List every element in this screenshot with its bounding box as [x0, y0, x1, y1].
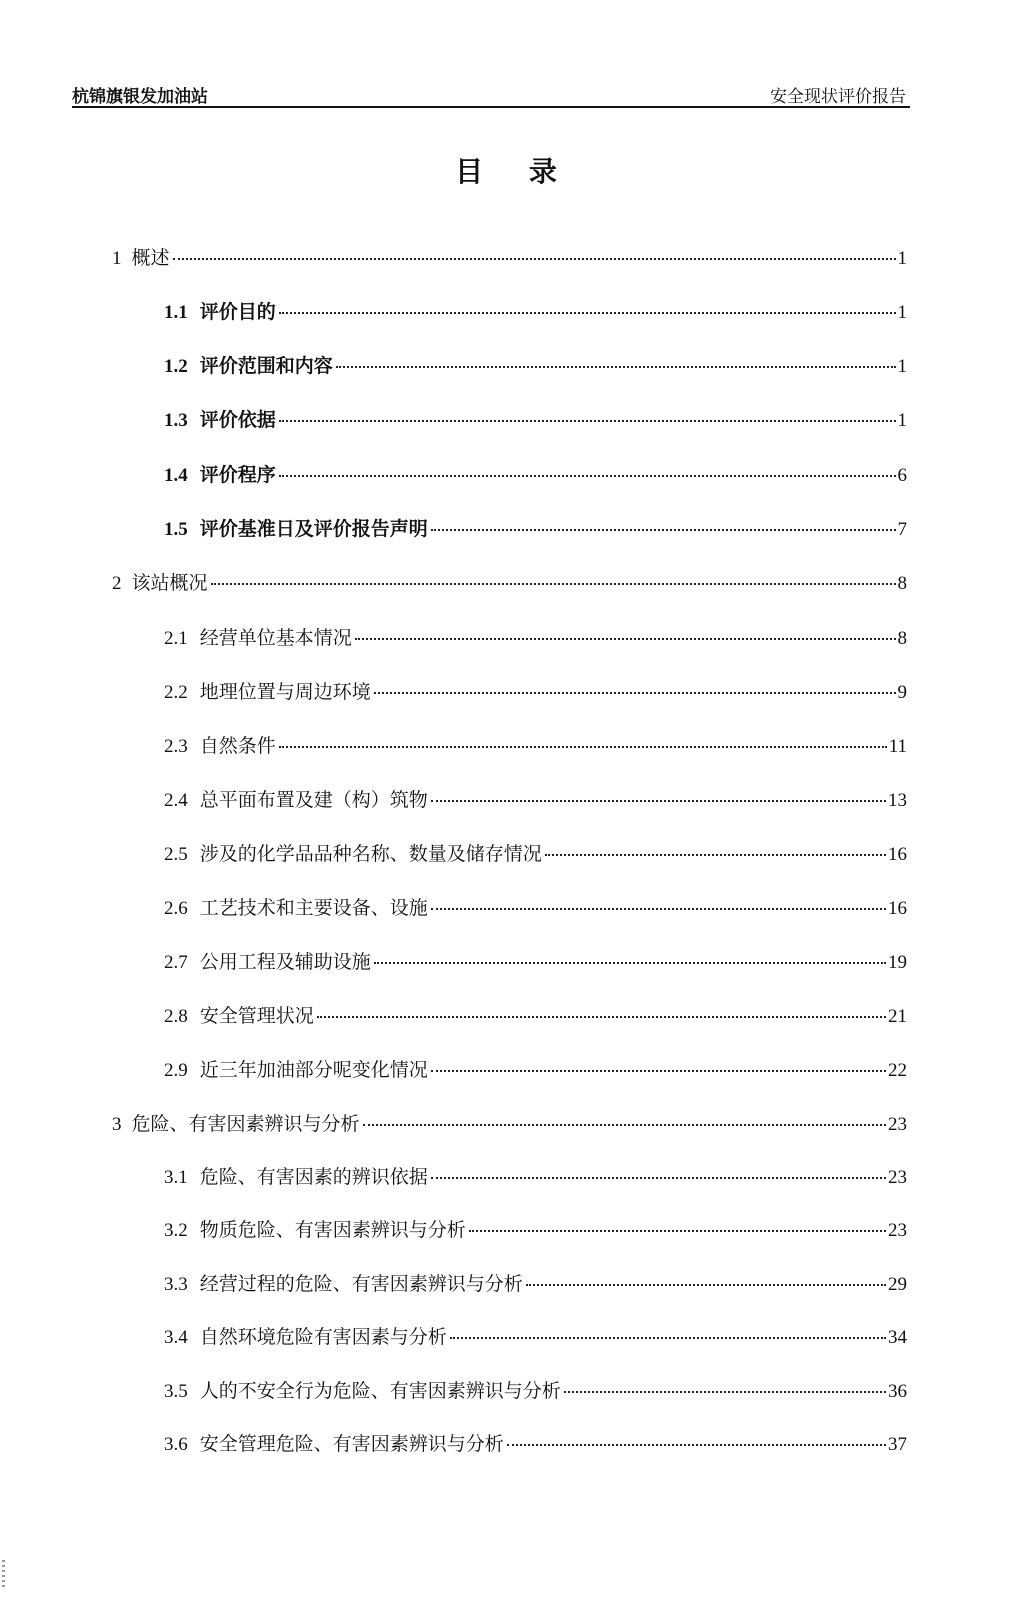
toc-section-title: 概述 [132, 243, 170, 270]
toc-section-number: 3.4 [164, 1327, 188, 1349]
toc-page-number: 23 [888, 1114, 907, 1136]
dot-leader [279, 420, 896, 422]
toc-entry-2-2[interactable]: 2.2 地理位置与周边环境 9 [164, 677, 907, 705]
toc-page-number: 13 [888, 790, 907, 812]
dot-leader [564, 1391, 886, 1393]
toc-page-number: 16 [888, 898, 907, 920]
toc-entry-1-1[interactable]: 1.1 评价目的 1 [164, 297, 907, 325]
toc-entry-3-6[interactable]: 3.6 安全管理危险、有害因素辨识与分析 37 [164, 1429, 907, 1457]
dot-leader [469, 1230, 886, 1232]
toc-section-number: 1.3 [164, 410, 188, 432]
toc-section-title: 总平面布置及建（构）筑物 [200, 785, 428, 812]
toc-section-number: 2.5 [164, 844, 188, 866]
toc-page-number: 1 [898, 248, 908, 270]
dot-leader [279, 475, 896, 477]
toc-page-number: 1 [898, 302, 908, 324]
toc-entry-2-9[interactable]: 2.9 近三年加油部分呢变化情况 22 [164, 1055, 907, 1083]
toc-page-number: 23 [888, 1220, 907, 1242]
toc-page-number: 22 [888, 1060, 907, 1082]
toc-page-number: 8 [898, 628, 908, 650]
toc-page-number: 6 [898, 465, 908, 487]
dot-leader [507, 1444, 886, 1446]
dot-leader [431, 1177, 886, 1179]
toc-page-number: 1 [898, 356, 908, 378]
toc-entry-3-1[interactable]: 3.1 危险、有害因素的辨识依据 23 [164, 1162, 907, 1190]
toc-section-title: 近三年加油部分呢变化情况 [200, 1055, 428, 1082]
toc-page-number: 9 [898, 682, 908, 704]
toc-page-number: 16 [888, 844, 907, 866]
toc-section-title: 危险、有害因素的辨识依据 [200, 1162, 428, 1189]
toc-section-title: 安全管理危险、有害因素辨识与分析 [200, 1429, 504, 1456]
toc-section-title: 评价目的 [200, 297, 276, 324]
toc-entry-1-2[interactable]: 1.2 评价范围和内容 1 [164, 351, 907, 379]
toc-section-number: 1.5 [164, 519, 188, 541]
header-divider [72, 106, 910, 108]
toc-entry-2-6[interactable]: 2.6 工艺技术和主要设备、设施 16 [164, 893, 907, 921]
toc-section-number: 1.1 [164, 302, 188, 324]
toc-section-number: 3.6 [164, 1434, 188, 1456]
toc-entry-2-7[interactable]: 2.7 公用工程及辅助设施 19 [164, 947, 907, 975]
toc-page-number: 19 [888, 952, 907, 974]
toc-section-number: 2 [112, 573, 122, 595]
toc-section-number: 2.1 [164, 628, 188, 650]
toc-section-number: 1.2 [164, 356, 188, 378]
toc-entry-2-8[interactable]: 2.8 安全管理状况 21 [164, 1001, 907, 1029]
toc-page-number: 34 [888, 1327, 907, 1349]
toc-section-number: 2.8 [164, 1006, 188, 1028]
toc-section-title: 经营过程的危险、有害因素辨识与分析 [200, 1269, 523, 1296]
toc-page-number: 23 [888, 1167, 907, 1189]
header-report-type: 安全现状评价报告 [770, 82, 906, 107]
dot-leader [211, 583, 896, 585]
toc-section-number: 2.2 [164, 682, 188, 704]
dot-leader [336, 366, 896, 368]
dot-leader [545, 854, 886, 856]
toc-page-number: 29 [888, 1274, 907, 1296]
toc-section-title: 工艺技术和主要设备、设施 [200, 893, 428, 920]
toc-entry-3-4[interactable]: 3.4 自然环境危险有害因素与分析 34 [164, 1322, 907, 1350]
dot-leader [374, 962, 886, 964]
toc-section-title: 公用工程及辅助设施 [200, 947, 371, 974]
dot-leader [279, 746, 887, 748]
toc-section-number: 1 [112, 248, 122, 270]
toc-page-number: 8 [898, 573, 908, 595]
toc-entry-2-4[interactable]: 2.4 总平面布置及建（构）筑物 13 [164, 785, 907, 813]
dot-leader [431, 908, 886, 910]
toc-section-title: 物质危险、有害因素辨识与分析 [200, 1215, 466, 1242]
toc-section-number: 2.3 [164, 736, 188, 758]
toc-section-title: 评价范围和内容 [200, 351, 333, 378]
toc-section-title: 评价基准日及评价报告声明 [200, 514, 428, 541]
toc-section-title: 该站概况 [132, 568, 208, 595]
toc-section-title: 自然环境危险有害因素与分析 [200, 1322, 447, 1349]
toc-section-title: 自然条件 [200, 731, 276, 758]
dot-leader [355, 638, 896, 640]
toc-section-number: 3 [112, 1114, 122, 1136]
toc-page-number: 21 [888, 1006, 907, 1028]
toc-section-title: 评价依据 [200, 405, 276, 432]
toc-entry-1[interactable]: 1 概述 1 [112, 243, 907, 271]
toc-entry-1-5[interactable]: 1.5 评价基准日及评价报告声明 7 [164, 514, 907, 542]
toc-section-title: 人的不安全行为危险、有害因素辨识与分析 [200, 1376, 561, 1403]
dot-leader [526, 1284, 886, 1286]
dot-leader [317, 1016, 886, 1018]
page-header: 杭锦旗银发加油站 安全现状评价报告 [72, 82, 910, 106]
toc-section-title: 评价程序 [200, 460, 276, 487]
toc-entry-2-1[interactable]: 2.1 经营单位基本情况 8 [164, 623, 907, 651]
toc-entry-3-2[interactable]: 3.2 物质危险、有害因素辨识与分析 23 [164, 1215, 907, 1243]
toc-section-number: 3.2 [164, 1220, 188, 1242]
dot-leader [450, 1337, 886, 1339]
toc-section-title: 安全管理状况 [200, 1001, 314, 1028]
toc-entry-3-5[interactable]: 3.5 人的不安全行为危险、有害因素辨识与分析 36 [164, 1376, 907, 1404]
toc-section-title: 地理位置与周边环境 [200, 677, 371, 704]
toc-section-title: 涉及的化学品品种名称、数量及储存情况 [200, 839, 542, 866]
toc-entry-1-3[interactable]: 1.3 评价依据 1 [164, 405, 907, 433]
scan-artifact [2, 1560, 5, 1590]
toc-section-number: 2.4 [164, 790, 188, 812]
toc-section-number: 3.1 [164, 1167, 188, 1189]
toc-section-number: 2.7 [164, 952, 188, 974]
dot-leader [374, 692, 896, 694]
toc-entry-3-3[interactable]: 3.3 经营过程的危险、有害因素辨识与分析 29 [164, 1269, 907, 1297]
toc-section-number: 3.5 [164, 1381, 188, 1403]
toc-title: 目 录 [0, 150, 1030, 190]
toc-section-title: 经营单位基本情况 [200, 623, 352, 650]
dot-leader [279, 312, 896, 314]
toc-entry-2-3[interactable]: 2.3 自然条件 11 [164, 731, 907, 759]
toc-entry-2[interactable]: 2 该站概况 8 [112, 568, 907, 596]
toc-entry-3[interactable]: 3 危险、有害因素辨识与分析 23 [112, 1109, 907, 1137]
dot-leader [431, 1070, 886, 1072]
toc-section-number: 2.9 [164, 1060, 188, 1082]
toc-page-number: 7 [898, 519, 908, 541]
dot-leader [363, 1124, 886, 1126]
toc-section-number: 3.3 [164, 1274, 188, 1296]
toc-page-number: 11 [889, 736, 907, 758]
toc-page-number: 1 [898, 410, 908, 432]
header-organization: 杭锦旗银发加油站 [72, 82, 208, 107]
toc-section-number: 1.4 [164, 465, 188, 487]
toc-page-number: 36 [888, 1381, 907, 1403]
toc-entry-1-4[interactable]: 1.4 评价程序 6 [164, 460, 907, 488]
dot-leader [173, 258, 896, 260]
dot-leader [431, 529, 896, 531]
toc-section-title: 危险、有害因素辨识与分析 [132, 1109, 360, 1136]
toc-section-number: 2.6 [164, 898, 188, 920]
toc-page-number: 37 [888, 1434, 907, 1456]
toc-entry-2-5[interactable]: 2.5 涉及的化学品品种名称、数量及储存情况 16 [164, 839, 907, 867]
dot-leader [431, 800, 886, 802]
